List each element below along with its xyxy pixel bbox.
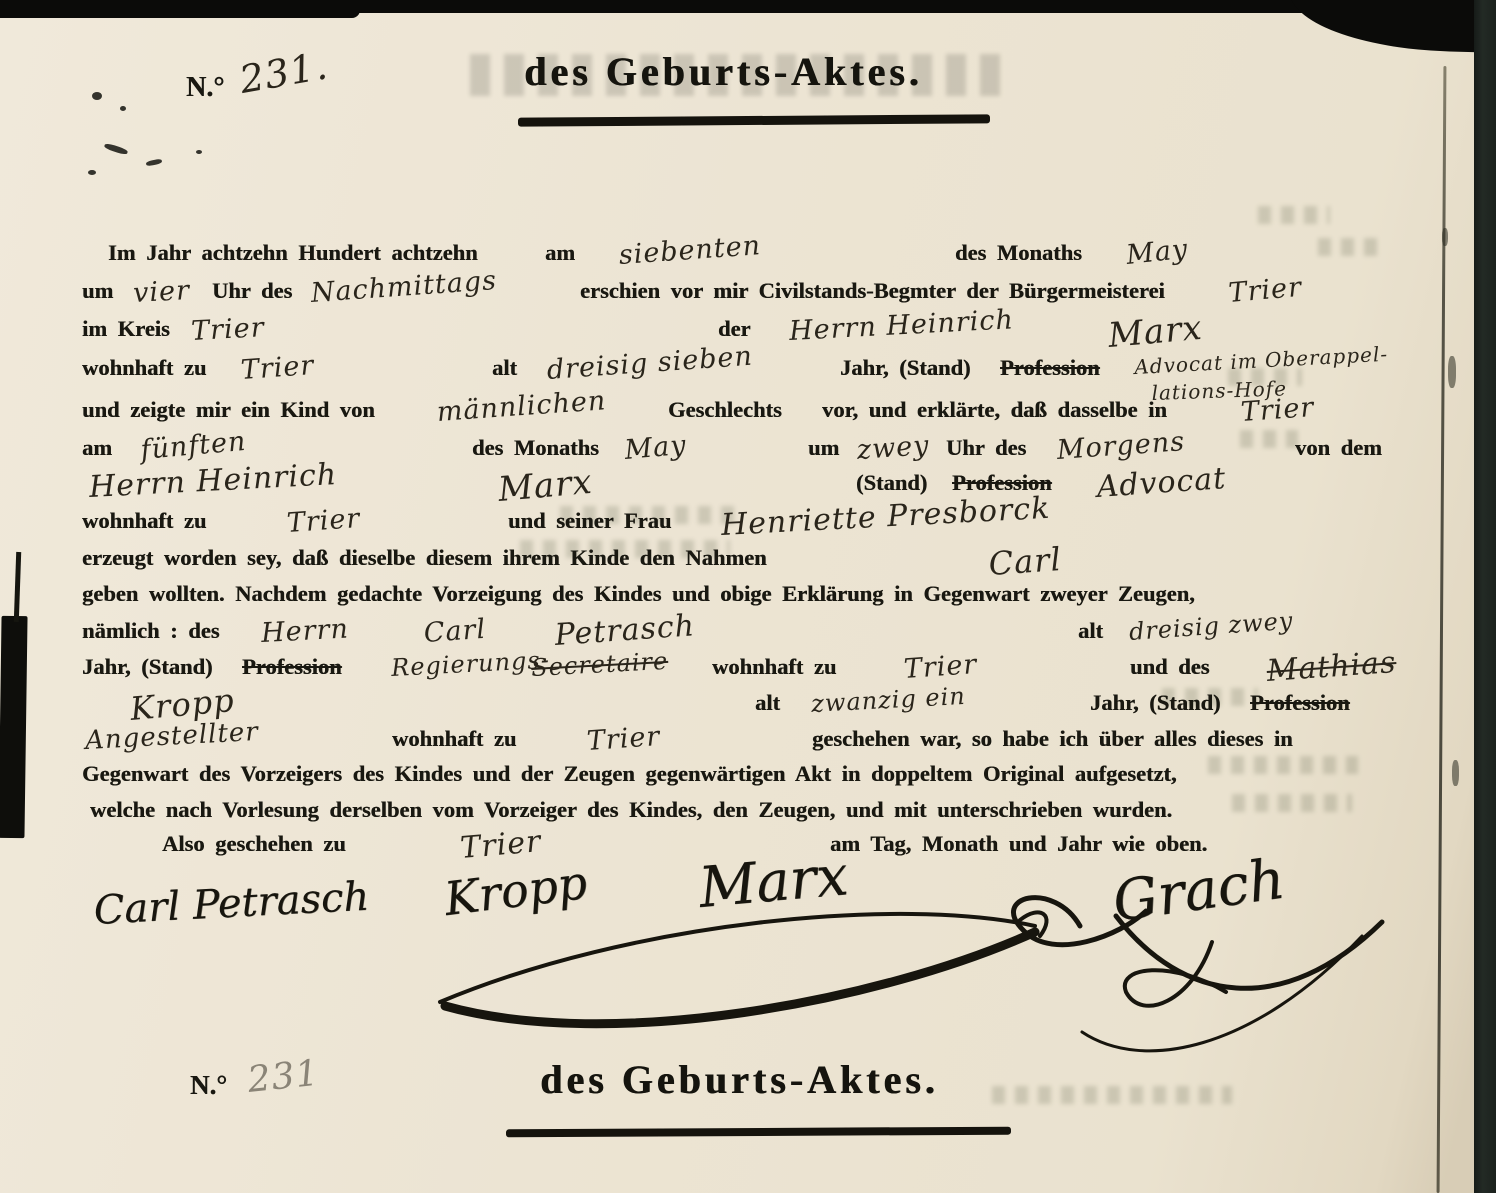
printed-text: Profession [1000,355,1100,381]
printed-text: und zeigte mir ein Kind von [82,397,375,423]
printed-text: um [808,435,839,461]
handwritten-entry: Trier [459,824,543,866]
printed-text: des Monaths [955,240,1082,266]
handwritten-entry: Carl [423,614,487,649]
handwritten-entry: Trier [1240,392,1315,428]
handwritten-entry: zwey [856,430,931,466]
printed-text: wohnhaft zu [392,726,516,752]
ink-speck [92,92,102,100]
printed-text: von dem [1295,435,1382,461]
footer-underline [506,1127,1011,1138]
ink-speck [196,150,202,154]
printed-text: nämlich : des [82,618,220,644]
scan-edge-top [0,0,360,18]
handwritten-entry: Carl [987,540,1063,583]
scan-edge-left-mark [0,616,28,838]
handwritten-entry: Marx [497,462,595,510]
printed-text: Also geschehen zu [162,831,346,857]
handwritten-entry: Herrn [260,613,349,649]
printed-text: Jahr, (Stand) [82,654,212,680]
handwritten-entry: Trier [1227,272,1303,309]
scan-edge-corner [1288,0,1496,53]
handwritten-entry: Marx [1107,308,1205,356]
printed-text: des Monaths [472,435,599,461]
record-number-label: N.° [186,72,224,104]
page-title: des Geburts-Aktes. [524,48,923,95]
ink-speck [146,158,163,166]
printed-text: wohnhaft zu [712,654,836,680]
handwritten-entry: Trier [586,721,661,757]
printed-text: Profession [1250,690,1350,716]
printed-text: am [82,435,112,461]
record-number-value: 231. [236,43,331,102]
printed-text: (Stand) [856,470,927,496]
signature: Carl Petrasch [93,874,371,934]
edge-smudge [1452,760,1459,786]
printed-text: im Kreis [82,316,170,342]
printed-text: und des [1130,654,1209,680]
title-underline [518,114,990,126]
printed-text: Uhr des [946,435,1026,461]
edge-smudge [1448,356,1456,388]
printed-text: am [545,240,575,266]
handwritten-entry: siebenten [618,230,762,271]
printed-text: alt [492,355,517,381]
handwritten-entry: Trier [903,649,978,685]
bleed-through-mark [1258,206,1330,224]
printed-text: erschien vor mir Civilstands-Begmter der… [580,278,1165,304]
edge-smudge [1442,228,1448,246]
printed-text: alt [755,690,780,716]
book-spine-shadow [1474,0,1496,1193]
printed-text: wohnhaft zu [82,355,206,381]
handwritten-entry: Trier [286,503,361,539]
scanned-birth-certificate: N.° 231. des Geburts-Aktes. Im Jahr acht… [0,0,1496,1193]
handwritten-entry: May [623,430,687,466]
footer-title: des Geburts-Aktes. [540,1056,939,1103]
ink-speck [88,170,96,175]
printed-text: vor, und erklärte, daß dasselbe in [822,397,1167,423]
document-line: wohnhaft zuTrierund seiner FrauHenriette… [0,508,1496,550]
printed-text: geschehen war, so habe ich über alles di… [812,726,1293,752]
printed-text: am Tag, Monath und Jahr wie oben. [830,831,1207,857]
footer-record-number-label: N.° [190,1070,227,1101]
printed-text: alt [1078,618,1103,644]
printed-text: Profession [242,654,342,680]
handwritten-entry: Secretaire [531,647,669,682]
printed-text: Jahr, (Stand) [1090,690,1220,716]
handwritten-entry: vier [132,275,190,309]
ink-speck [104,142,129,155]
printed-text: Gegenwart des Vorzeigers des Kindes und … [82,761,1177,787]
printed-text: erzeugt worden sey, daß dieselbe diesem … [82,545,767,571]
printed-text: Uhr des [212,278,292,304]
printed-text: geben wollten. Nachdem gedachte Vorzeigu… [82,581,1195,607]
handwritten-entry: May [1125,234,1190,271]
printed-text: Geschlechts [668,397,782,423]
printed-text: Jahr, (Stand) [840,355,970,381]
ink-speck [120,106,126,111]
printed-text: Im Jahr achtzehn Hundert achtzehn [108,240,478,266]
footer-record-number-value: 231 [246,1053,322,1101]
printed-text: wohnhaft zu [82,508,206,534]
printed-text: welche nach Vorlesung derselben vom Vorz… [90,797,1172,823]
printed-text: der [718,316,751,342]
handwritten-entry: Trier [190,312,265,347]
printed-text: und seiner Frau [508,508,671,534]
printed-text: um [82,278,113,304]
